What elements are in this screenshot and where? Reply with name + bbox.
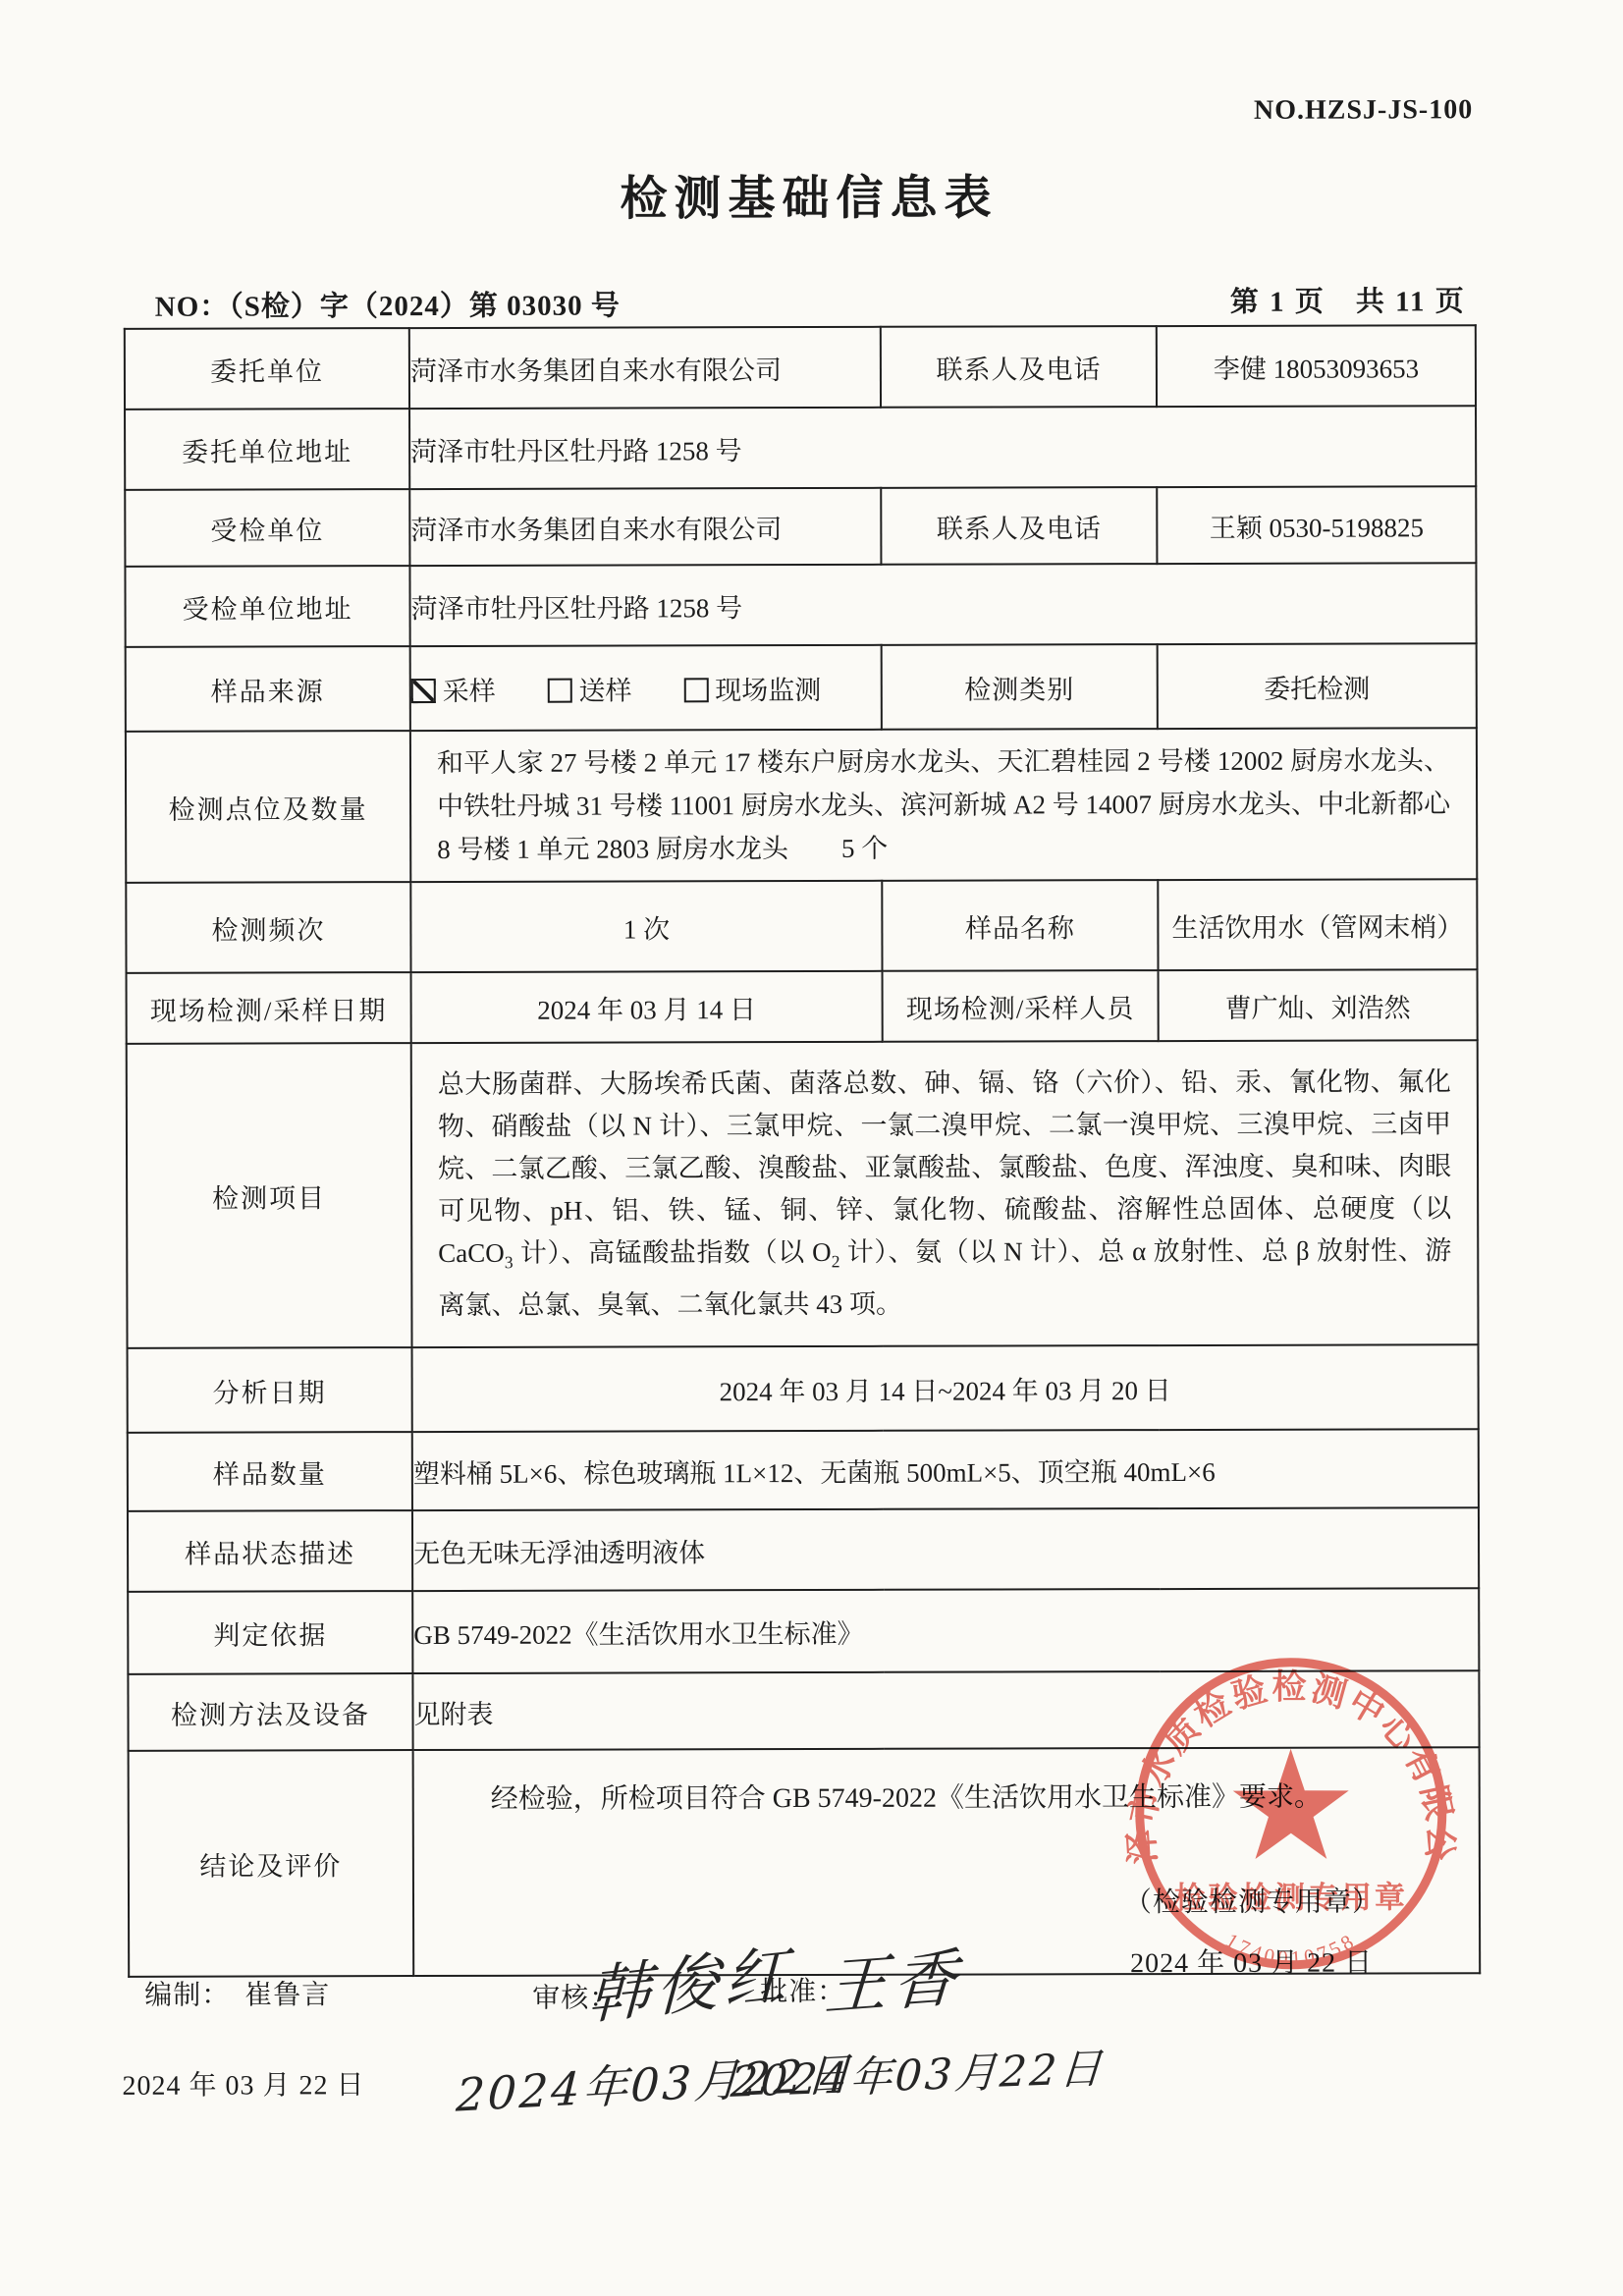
state-label: 样品状态描述 [128, 1510, 412, 1592]
sample-source-label: 样品来源 [126, 646, 410, 732]
basis-label: 判定依据 [128, 1591, 412, 1674]
conclusion-date: 2024 年 03 月 22 日 [1130, 1941, 1373, 1982]
quantity-value: 塑料桶 5L×6、棕色玻璃瓶 1L×12、无菌瓶 500mL×5、顶空瓶 40m… [412, 1429, 1479, 1510]
table-row: 检测方法及设备 见附表 [128, 1670, 1479, 1751]
table-row: 受检单位地址 菏泽市牡丹区牡丹路 1258 号 [125, 563, 1476, 647]
basis-value: GB 5749-2022《生活饮用水卫生标准》 [412, 1588, 1479, 1673]
inspected-label: 受检单位 [125, 489, 409, 567]
points-value: 和平人家 27 号楼 2 单元 17 楼东户厨房水龙头、天汇碧桂园 2 号楼 1… [411, 729, 1476, 881]
inspected-value: 菏泽市水务集团自来水有限公司 [409, 488, 881, 566]
approver-signed-date: 2024年03月22日 [730, 2035, 1108, 2108]
table-row: 样品来源 采样 送样 现场监测 检测类别 委托检测 [126, 643, 1477, 732]
sample-source-options: 采样 送样 现场监测 [410, 645, 882, 731]
seal-note: （检验检测专用章） [1124, 1880, 1380, 1920]
client-value: 菏泽市水务集团自来水有限公司 [409, 327, 881, 409]
table-row: 委托单位 菏泽市水务集团自来水有限公司 联系人及电话 李健 1805309365… [125, 325, 1476, 410]
approver-signature: 王香 [822, 1927, 965, 2028]
method-label: 检测方法及设备 [128, 1673, 412, 1751]
table-row: 分析日期 2024 年 03 月 14 日~2024 年 03 月 20 日 [128, 1344, 1479, 1433]
inspected-address-label: 受检单位地址 [125, 566, 409, 647]
quantity-label: 样品数量 [128, 1432, 412, 1511]
checkbox-sampling-checked-icon [411, 679, 436, 703]
table-row: 判定依据 GB 5749-2022《生活饮用水卫生标准》 [128, 1588, 1479, 1674]
checkbox-onsite-icon [683, 678, 708, 702]
maker-date: 2024 年 03 月 22 日 [122, 2063, 364, 2104]
test-category-label: 检测类别 [882, 644, 1158, 730]
state-value: 无色无味无浮油透明液体 [412, 1507, 1479, 1591]
client-address-value: 菏泽市牡丹区牡丹路 1258 号 [409, 406, 1476, 489]
frequency-value: 1 次 [410, 881, 882, 972]
test-category-value: 委托检测 [1158, 643, 1477, 729]
inspected-contact-value: 王颖 0530-5198825 [1157, 486, 1476, 564]
items-value: 总大肠菌群、大肠埃希氏菌、菌落总数、砷、镉、铬（六价）、铅、汞、氰化物、氟化物、… [412, 1044, 1478, 1344]
checkbox-delivery-icon [547, 678, 571, 702]
client-address-label: 委托单位地址 [125, 409, 409, 490]
client-label: 委托单位 [125, 328, 409, 410]
option-delivery: 送样 [578, 676, 631, 705]
field-personnel-label: 现场检测/采样人员 [883, 970, 1159, 1042]
page-number-info: 第 1 页 共 11 页 [1230, 279, 1466, 320]
items-cell: 总大肠菌群、大肠埃希氏菌、菌落总数、砷、镉、铬（六价）、铅、汞、氰化物、氟化物、… [411, 1040, 1479, 1347]
scanned-form-page: NO.HZSJ-JS-100 检测基础信息表 NO：（S检）字（2024）第 0… [0, 0, 1623, 2296]
items-label: 检测项目 [127, 1043, 412, 1348]
sample-name-label: 样品名称 [882, 880, 1158, 971]
field-personnel-value: 曹广灿、刘浩然 [1159, 969, 1478, 1041]
table-row: 结论及评价 经检验，所检项目符合 GB 5749-2022《生活饮用水卫生标准》… [129, 1747, 1481, 1977]
points-cell: 和平人家 27 号楼 2 单元 17 楼东户厨房水龙头、天汇碧桂园 2 号楼 1… [410, 728, 1477, 882]
analysis-date-label: 分析日期 [128, 1347, 412, 1433]
analysis-date-value: 2024 年 03 月 14 日~2024 年 03 月 20 日 [412, 1344, 1479, 1432]
table-row: 检测项目 总大肠菌群、大肠埃希氏菌、菌落总数、砷、镉、铬（六价）、铅、汞、氰化物… [127, 1040, 1479, 1348]
table-row: 检测频次 1 次 样品名称 生活饮用水（管网末梢） [126, 879, 1477, 973]
sample-name-value: 生活饮用水（管网末梢） [1158, 879, 1477, 970]
table-row: 样品状态描述 无色无味无浮油透明液体 [128, 1507, 1479, 1592]
maker-line: 编制： 崔鲁言 [144, 1973, 330, 2012]
table-row: 现场检测/采样日期 2024 年 03 月 14 日 现场检测/采样人员 曹广灿… [127, 969, 1478, 1044]
table-row: 检测点位及数量 和平人家 27 号楼 2 单元 17 楼东户厨房水龙头、天汇碧桂… [126, 728, 1477, 883]
table-row: 样品数量 塑料桶 5L×6、棕色玻璃瓶 1L×12、无菌瓶 500mL×5、顶空… [128, 1429, 1479, 1511]
table-row: 委托单位地址 菏泽市牡丹区牡丹路 1258 号 [125, 406, 1476, 490]
field-date-value: 2024 年 03 月 14 日 [411, 971, 883, 1043]
points-label: 检测点位及数量 [126, 731, 410, 883]
inspected-address-value: 菏泽市牡丹区牡丹路 1258 号 [409, 563, 1476, 646]
report-number: NO：（S检）字（2024）第 03030 号 [155, 284, 621, 325]
frequency-label: 检测频次 [126, 882, 410, 973]
info-table: 委托单位 菏泽市水务集团自来水有限公司 联系人及电话 李健 1805309365… [124, 324, 1481, 1978]
conclusion-label: 结论及评价 [129, 1750, 414, 1977]
page-title: 检测基础信息表 [0, 158, 1621, 230]
inspected-contact-label: 联系人及电话 [881, 487, 1157, 565]
client-contact-value: 李健 18053093653 [1157, 325, 1476, 407]
client-contact-label: 联系人及电话 [881, 326, 1157, 408]
conclusion-text: 经检验，所检项目符合 GB 5749-2022《生活饮用水卫生标准》要求。 [491, 1777, 1449, 1820]
field-date-label: 现场检测/采样日期 [127, 972, 411, 1044]
table-row: 受检单位 菏泽市水务集团自来水有限公司 联系人及电话 王颖 0530-51988… [125, 486, 1476, 567]
option-onsite: 现场监测 [715, 675, 821, 704]
method-value: 见附表 [412, 1670, 1479, 1750]
document-code: NO.HZSJ-JS-100 [1254, 94, 1473, 127]
option-sampling: 采样 [443, 676, 496, 705]
